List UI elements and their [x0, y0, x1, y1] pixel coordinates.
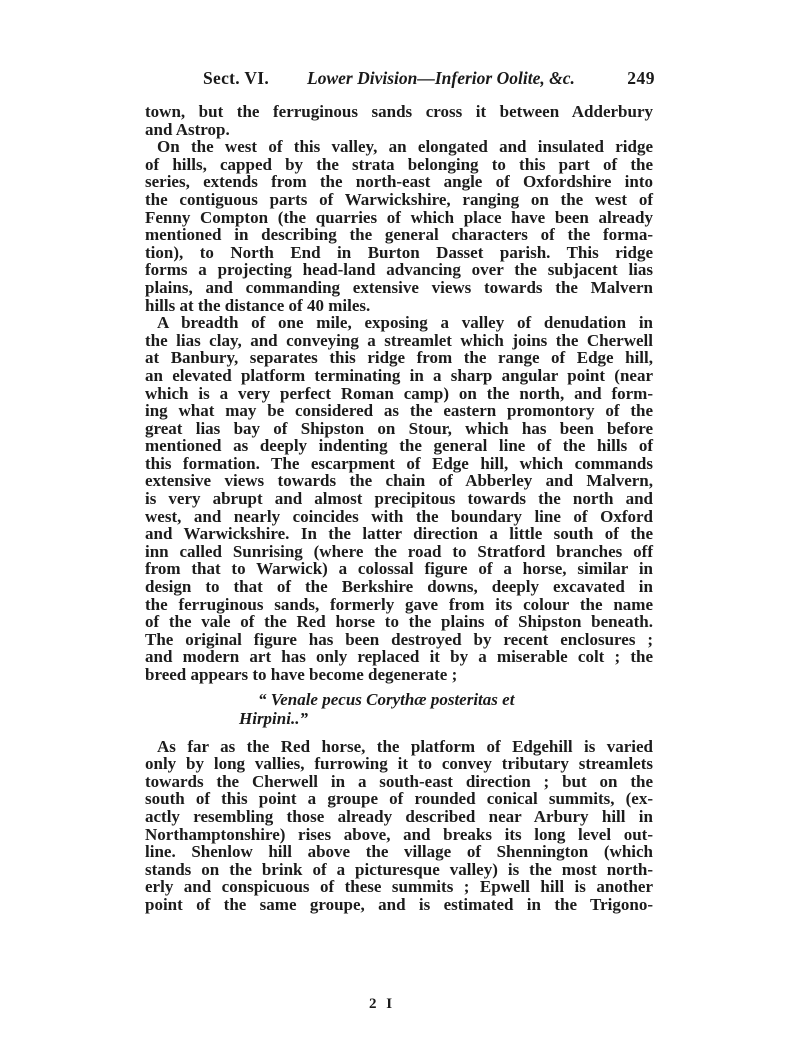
text-line: west, and nearly coincides with the boun…: [145, 508, 653, 526]
text-line: only by long vallies, furrowing it to co…: [145, 755, 653, 773]
text-line: and modern art has only replaced it by a…: [145, 648, 653, 666]
running-title: Lower Division—Inferior Oolite, &c.: [307, 68, 575, 89]
text-line: As far as the Red horse, the platform of…: [145, 738, 653, 756]
text-line: the lias clay, and conveying a streamlet…: [145, 332, 653, 350]
text-line: inn called Sunrising (where the road to …: [145, 543, 653, 561]
text-line: tion), to North End in Burton Dasset par…: [145, 244, 653, 262]
running-header: Sect. VI. Lower Division—Inferior Oolite…: [203, 68, 655, 92]
text-line: and Astrop.: [145, 121, 653, 139]
text-line: an elevated platform terminating in a sh…: [145, 367, 653, 385]
text-line: great lias bay of Shipston on Stour, whi…: [145, 420, 653, 438]
text-line: ing what may be considered as the easter…: [145, 402, 653, 420]
text-line: erly and conspicuous of these summits ; …: [145, 878, 653, 896]
paragraph: As far as the Red horse, the platform of…: [145, 738, 653, 914]
text-line: town, but the ferruginous sands cross it…: [145, 103, 653, 121]
text-line: is very abrupt and almost precipitous to…: [145, 490, 653, 508]
text-line: On the west of this valley, an elongated…: [145, 138, 653, 156]
text-line: the contiguous parts of Warwickshire, ra…: [145, 191, 653, 209]
text-line: point of the same groupe, and is estimat…: [145, 896, 653, 914]
text-line: mentioned as deeply indenting the genera…: [145, 437, 653, 455]
quotation-line: Hirpini..”: [145, 709, 653, 728]
body-text: town, but the ferruginous sands cross it…: [145, 103, 653, 914]
page-number: 249: [627, 68, 655, 89]
text-line: line. Shenlow hill above the village of …: [145, 843, 653, 861]
text-line: which is a very perfect Roman camp) on t…: [145, 385, 653, 403]
text-line: plains, and commanding extensive views t…: [145, 279, 653, 297]
text-line: from that to Warwick) a colossal figure …: [145, 560, 653, 578]
text-line: of hills, capped by the strata belonging…: [145, 156, 653, 174]
text-line: south of this point a groupe of rounded …: [145, 790, 653, 808]
text-line: towards the Cherwell in a south-east dir…: [145, 773, 653, 791]
text-line: hills at the distance of 40 miles.: [145, 297, 653, 315]
text-line: and Warwickshire. In the latter directio…: [145, 525, 653, 543]
text-line: series, extends from the north-east angl…: [145, 173, 653, 191]
text-line: stands on the brink of a picturesque val…: [145, 861, 653, 879]
text-line: A breadth of one mile, exposing a valley…: [145, 314, 653, 332]
signature-mark: 2 I: [369, 996, 395, 1013]
quotation-line: “ Venale pecus Corythæ posteritas et: [145, 690, 653, 709]
paragraph: A breadth of one mile, exposing a valley…: [145, 314, 653, 683]
text-line: Northamptonshire) rises above, and break…: [145, 826, 653, 844]
text-line: of the vale of the Red horse to the plai…: [145, 613, 653, 631]
book-page: Sect. VI. Lower Division—Inferior Oolite…: [0, 0, 800, 1050]
text-line: breed appears to have become degenerate …: [145, 666, 653, 684]
paragraph: town, but the ferruginous sands cross it…: [145, 103, 653, 138]
text-line: actly resembling those already described…: [145, 808, 653, 826]
text-line: The original figure has been destroyed b…: [145, 631, 653, 649]
text-line: extensive views towards the chain of Abb…: [145, 472, 653, 490]
text-line: Fenny Compton (the quarries of which pla…: [145, 209, 653, 227]
text-line: the ferruginous sands, formerly gave fro…: [145, 596, 653, 614]
text-line: at Banbury, separates this ridge from th…: [145, 349, 653, 367]
text-line: design to that of the Berkshire downs, d…: [145, 578, 653, 596]
block-quotation: “ Venale pecus Corythæ posteritas et Hir…: [145, 690, 653, 728]
text-line: this formation. The escarpment of Edge h…: [145, 455, 653, 473]
text-line: mentioned in describing the general char…: [145, 226, 653, 244]
section-label: Sect. VI.: [203, 68, 269, 89]
paragraph: On the west of this valley, an elongated…: [145, 138, 653, 314]
text-line: forms a projecting head-land advancing o…: [145, 261, 653, 279]
